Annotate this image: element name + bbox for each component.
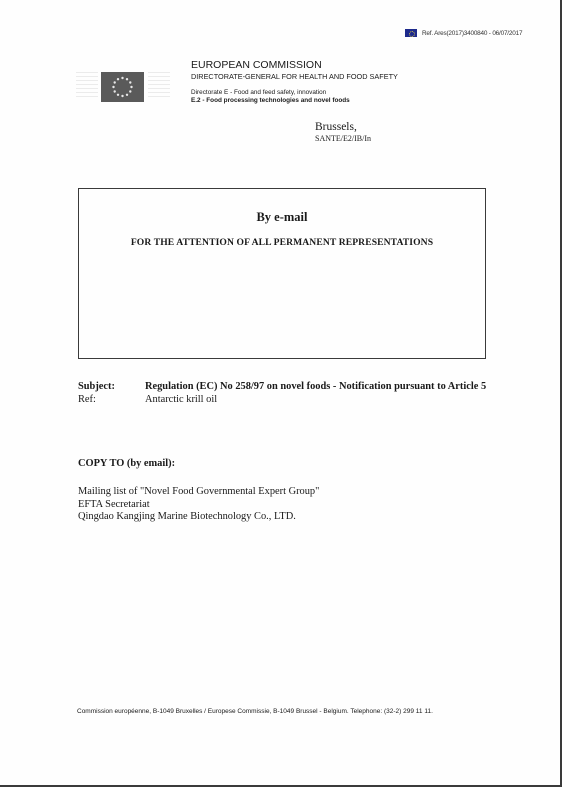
recipient-item: Qingdao Kangjing Marine Biotechnology Co… [78,511,498,524]
delivery-method: By e-mail [79,210,485,225]
letterhead: EUROPEAN COMMISSION DIRECTORATE-GENERAL … [191,59,398,105]
eu-flag-icon [405,29,417,37]
subject-value: Regulation (EC) No 258/97 on novel foods… [145,381,488,394]
directorate-general: DIRECTORATE-GENERAL FOR HEALTH AND FOOD … [191,72,398,81]
subject-label: Subject: [78,381,145,394]
footer-address: Commission européenne, B-1049 Bruxelles … [77,708,433,715]
ref-label: Ref: [78,394,145,407]
copy-to-block: COPY TO (by email): Mailing list of "Nov… [78,458,498,524]
directorate: Directorate E - Food and feed safety, in… [191,89,398,97]
recipient-item: Mailing list of "Novel Food Governmental… [78,486,498,499]
subject-block: Subject: Regulation (EC) No 258/97 on no… [78,381,488,406]
unit: E.2 - Food processing technologies and n… [191,97,398,105]
eu-flag-icon [101,72,144,102]
place-city: Brussels, [315,121,371,134]
registration-reference: Ref. Ares(2017)3400840 - 06/07/2017 [422,30,522,37]
logo-right-decoration [148,72,170,100]
registration-stamp: Ref. Ares(2017)3400840 - 06/07/2017 [405,29,522,37]
addressee-box: By e-mail FOR THE ATTENTION OF ALL PERMA… [78,188,486,359]
attention-line: FOR THE ATTENTION OF ALL PERMANENT REPRE… [79,237,485,248]
ref-value: Antarctic krill oil [145,394,488,407]
logo-left-decoration [76,72,98,100]
file-reference: SANTE/E2/IB/In [315,134,371,144]
institution-name: EUROPEAN COMMISSION [191,59,398,71]
document-page: Ref. Ares(2017)3400840 - 06/07/2017 EURO… [0,0,562,787]
copy-to-title: COPY TO (by email): [78,458,498,471]
european-commission-logo-icon [76,66,178,106]
place-and-reference: Brussels, SANTE/E2/IB/In [315,121,371,144]
recipient-item: EFTA Secretariat [78,499,498,512]
